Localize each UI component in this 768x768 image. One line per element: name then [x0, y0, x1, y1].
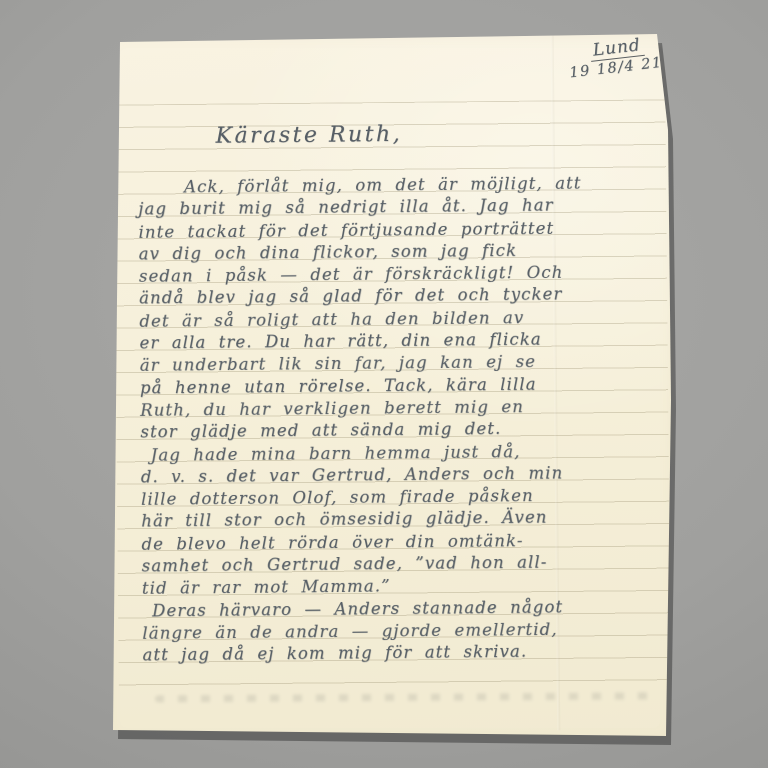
sheet-content: Lund 19 18/4 21. Käraste Ruth, Ack, förl…	[97, 25, 684, 751]
photo-background: Lund 19 18/4 21. Käraste Ruth, Ack, förl…	[0, 0, 768, 768]
letter-body: Ack, förlåt mig, om det är möjligt, att …	[138, 171, 675, 667]
letter-salutation: Käraste Ruth,	[215, 122, 402, 149]
letter-sheet: Lund 19 18/4 21. Käraste Ruth, Ack, förl…	[100, 28, 680, 748]
ink-bleed-through	[155, 692, 657, 702]
